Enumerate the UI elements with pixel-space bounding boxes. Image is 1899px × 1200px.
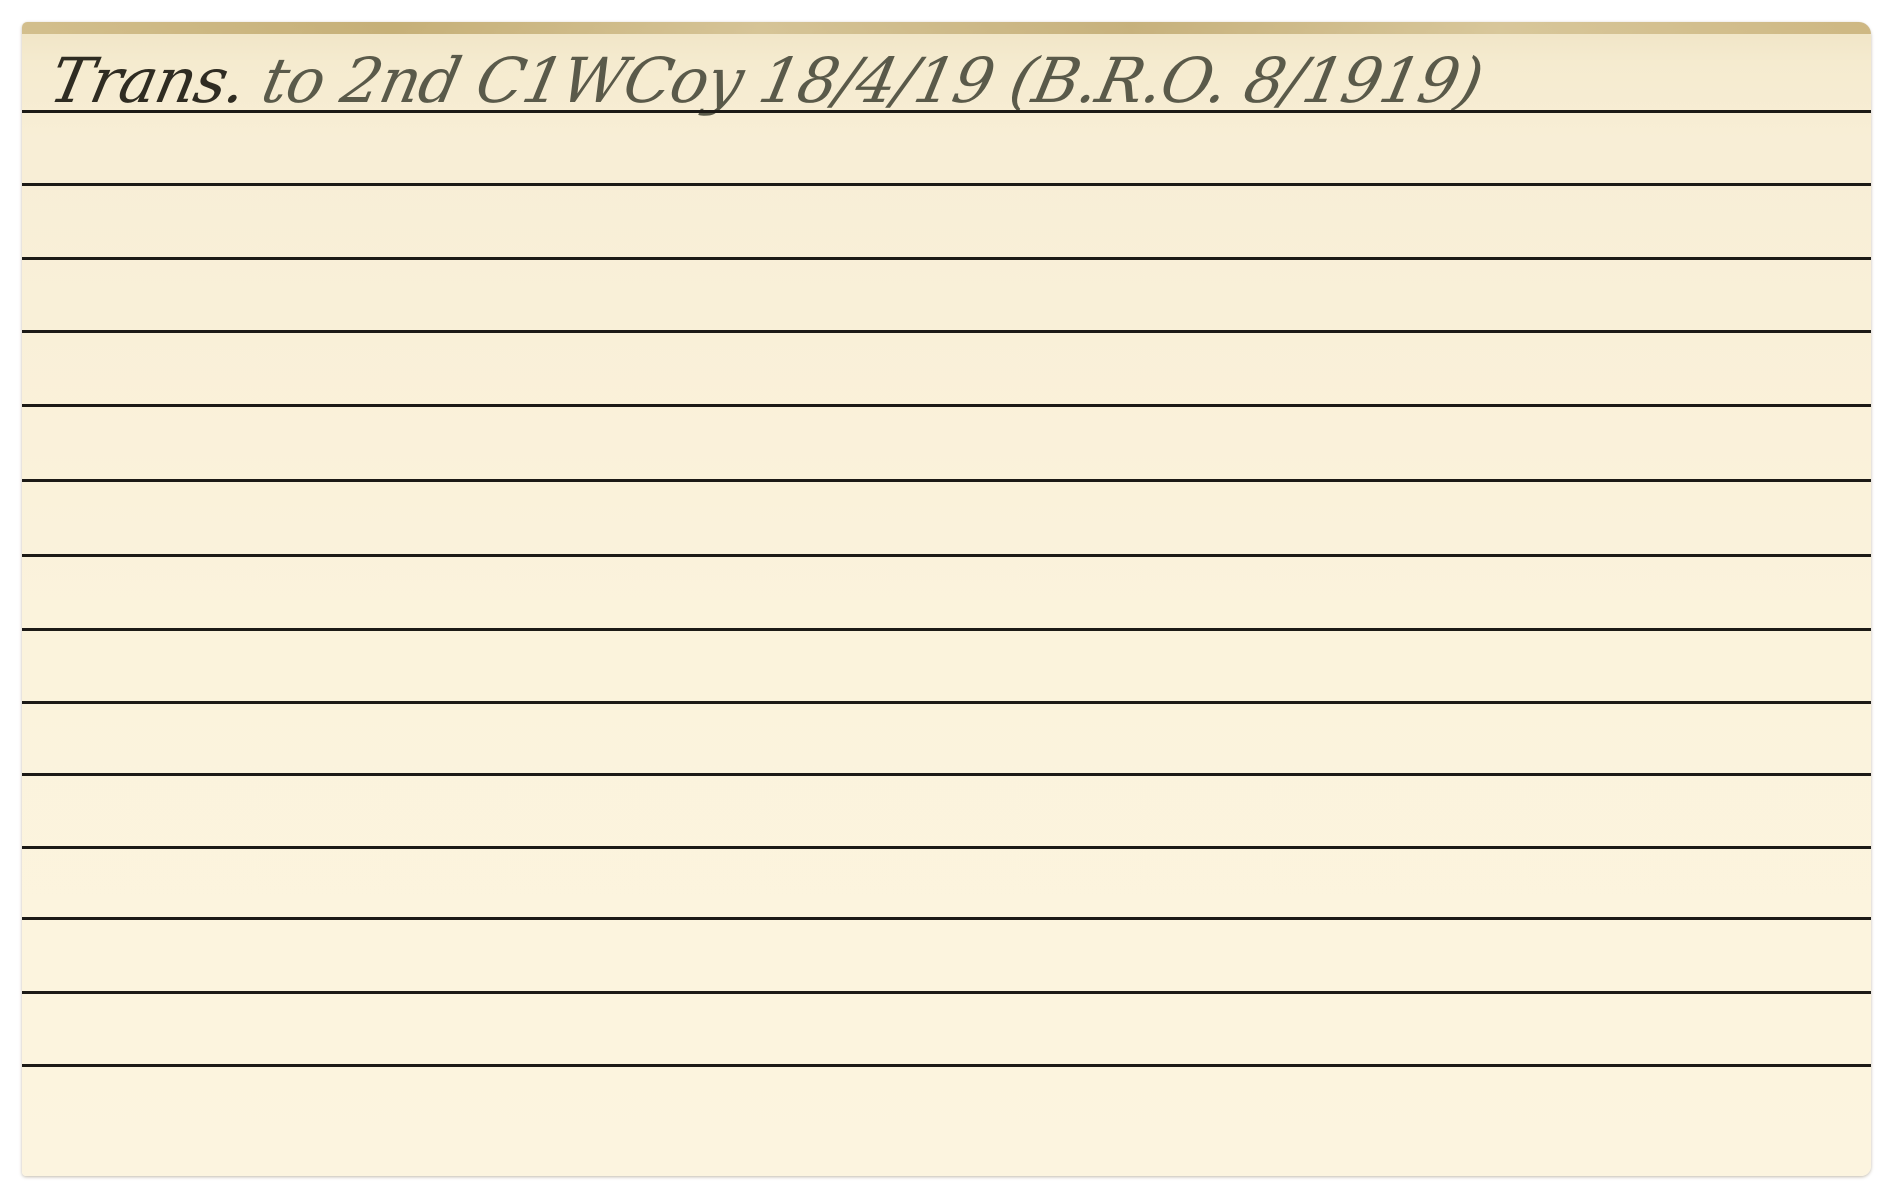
ruled-line — [22, 628, 1871, 631]
ruled-line — [22, 846, 1871, 849]
ruled-line — [22, 701, 1871, 704]
ruled-line — [22, 110, 1871, 113]
ruled-line — [22, 1064, 1871, 1067]
handwritten-entry: Trans. to 2nd C1WCoy 18/4/19 (B.R.O. 8/1… — [36, 44, 1489, 154]
ruled-line — [22, 183, 1871, 186]
ruled-line — [22, 554, 1871, 557]
handwritten-transfer-details: to 2nd C1WCoy 18/4/19 (B.R.O. 8/1919) — [237, 44, 1489, 117]
ruled-line — [22, 773, 1871, 776]
ruled-line — [22, 330, 1871, 333]
ruled-line — [22, 479, 1871, 482]
index-card: Trans. to 2nd C1WCoy 18/4/19 (B.R.O. 8/1… — [22, 22, 1871, 1176]
worn-top-edge — [22, 22, 1871, 34]
ruled-line — [22, 991, 1871, 994]
ruled-line — [22, 404, 1871, 407]
handwritten-word-trans: Trans. — [44, 44, 253, 117]
ruled-line — [22, 917, 1871, 920]
ruled-line — [22, 257, 1871, 260]
